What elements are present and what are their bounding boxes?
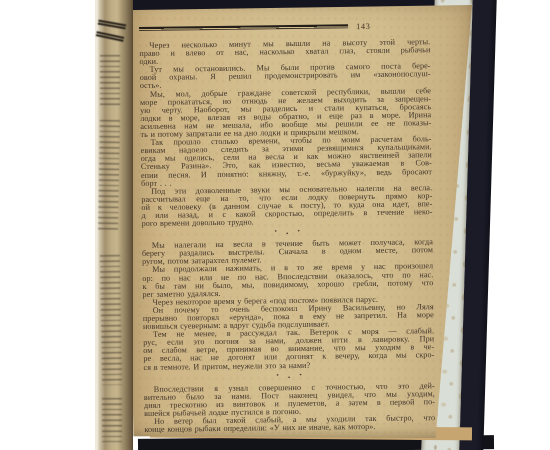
text-block: Через несколько минут мы вышли на высоту… bbox=[139, 38, 435, 434]
section-break-dot: • bbox=[274, 228, 277, 235]
section-break-dot: • bbox=[286, 231, 289, 238]
blurred-text-lines bbox=[98, 120, 120, 230]
blurred-text-lines bbox=[100, 55, 120, 105]
section-break-dot: • bbox=[288, 374, 291, 381]
section-break-dot: • bbox=[276, 372, 279, 379]
book-photo: 143 Через несколько минут мы вышли на вы… bbox=[0, 0, 550, 450]
book-page: 143 Через несколько минут мы вышли на вы… bbox=[108, 5, 472, 438]
blurred-text-lines bbox=[102, 398, 122, 442]
page-header: 143 bbox=[139, 21, 430, 33]
page-content: 143 Через несколько минут мы вышли на вы… bbox=[139, 21, 435, 434]
section-break-dot: • bbox=[297, 228, 300, 235]
header-rule bbox=[139, 24, 348, 31]
left-page-gutter bbox=[95, 0, 133, 450]
page-number: 143 bbox=[356, 22, 370, 30]
blurred-text-lines bbox=[100, 255, 122, 385]
section-break-dot: • bbox=[299, 372, 302, 379]
